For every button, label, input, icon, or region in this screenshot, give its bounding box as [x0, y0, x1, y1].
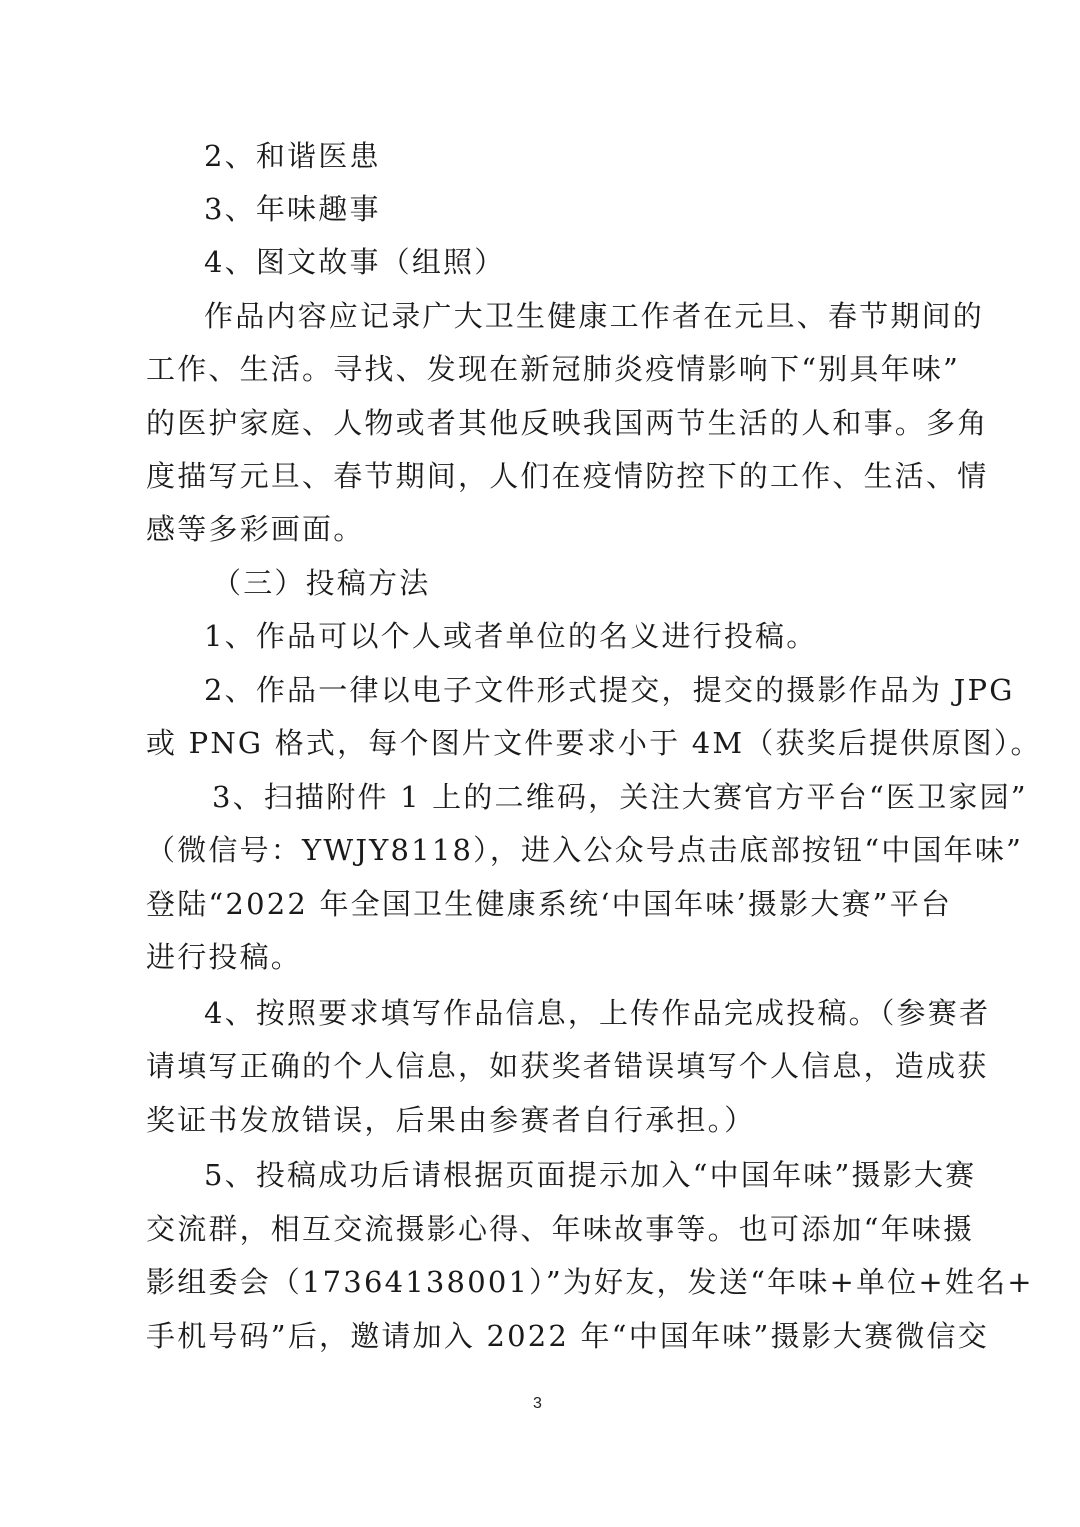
- category-item: 4、图文故事（组照）: [204, 242, 505, 282]
- paragraph-line: 工作、生活。寻找、发现在新冠肺炎疫情影响下“别具年味”: [146, 349, 960, 389]
- paragraph-line: 的医护家庭、人物或者其他反映我国两节生活的人和事。多角: [146, 403, 988, 443]
- paragraph-line: 感等多彩画面。: [146, 509, 364, 549]
- step-line: 登陆“2022 年全国卫生健康系统‘中国年味’摄影大赛”平台: [146, 884, 952, 924]
- step-line: 或 PNG 格式，每个图片文件要求小于 4M（获奖后提供原图）。: [146, 723, 1042, 763]
- step-line: 进行投稿。: [146, 937, 302, 977]
- category-item: 3、年味趣事: [204, 189, 381, 229]
- step-line: （微信号：YWJY8118），进入公众号点击底部按钮“中国年味”: [146, 830, 1023, 870]
- step-line: 2、作品一律以电子文件形式提交，提交的摄影作品为 JPG: [204, 670, 1015, 710]
- step-line: 交流群，相互交流摄影心得、年味故事等。也可添加“年味摄: [146, 1209, 974, 1249]
- step-line: 4、按照要求填写作品信息，上传作品完成投稿。（参赛者: [204, 993, 990, 1033]
- step-line: 请填写正确的个人信息，如获奖者错误填写个人信息，造成获: [146, 1046, 988, 1086]
- category-item: 2、和谐医患: [204, 136, 381, 176]
- paragraph-line: 度描写元旦、春节期间，人们在疫情防控下的工作、生活、情: [146, 456, 988, 496]
- step-line: 1、作品可以个人或者单位的名义进行投稿。: [204, 616, 817, 656]
- step-line: 奖证书发放错误，后果由参赛者自行承担。）: [146, 1100, 756, 1140]
- step-line: 影组委会（17364138001）”为好友，发送“年味+单位+姓名+: [146, 1262, 1034, 1302]
- step-line: 3、扫描附件 1 上的二维码，关注大赛官方平台“医卫家园”: [212, 777, 1028, 817]
- section-heading: （三）投稿方法: [212, 563, 430, 603]
- step-line: 5、投稿成功后请根据页面提示加入“中国年味”摄影大赛: [204, 1155, 976, 1195]
- paragraph-line: 作品内容应记录广大卫生健康工作者在元旦、春节期间的: [204, 296, 984, 336]
- page-number: 3: [533, 1395, 542, 1413]
- step-line: 手机号码”后，邀请加入 2022 年“中国年味”摄影大赛微信交: [146, 1316, 989, 1356]
